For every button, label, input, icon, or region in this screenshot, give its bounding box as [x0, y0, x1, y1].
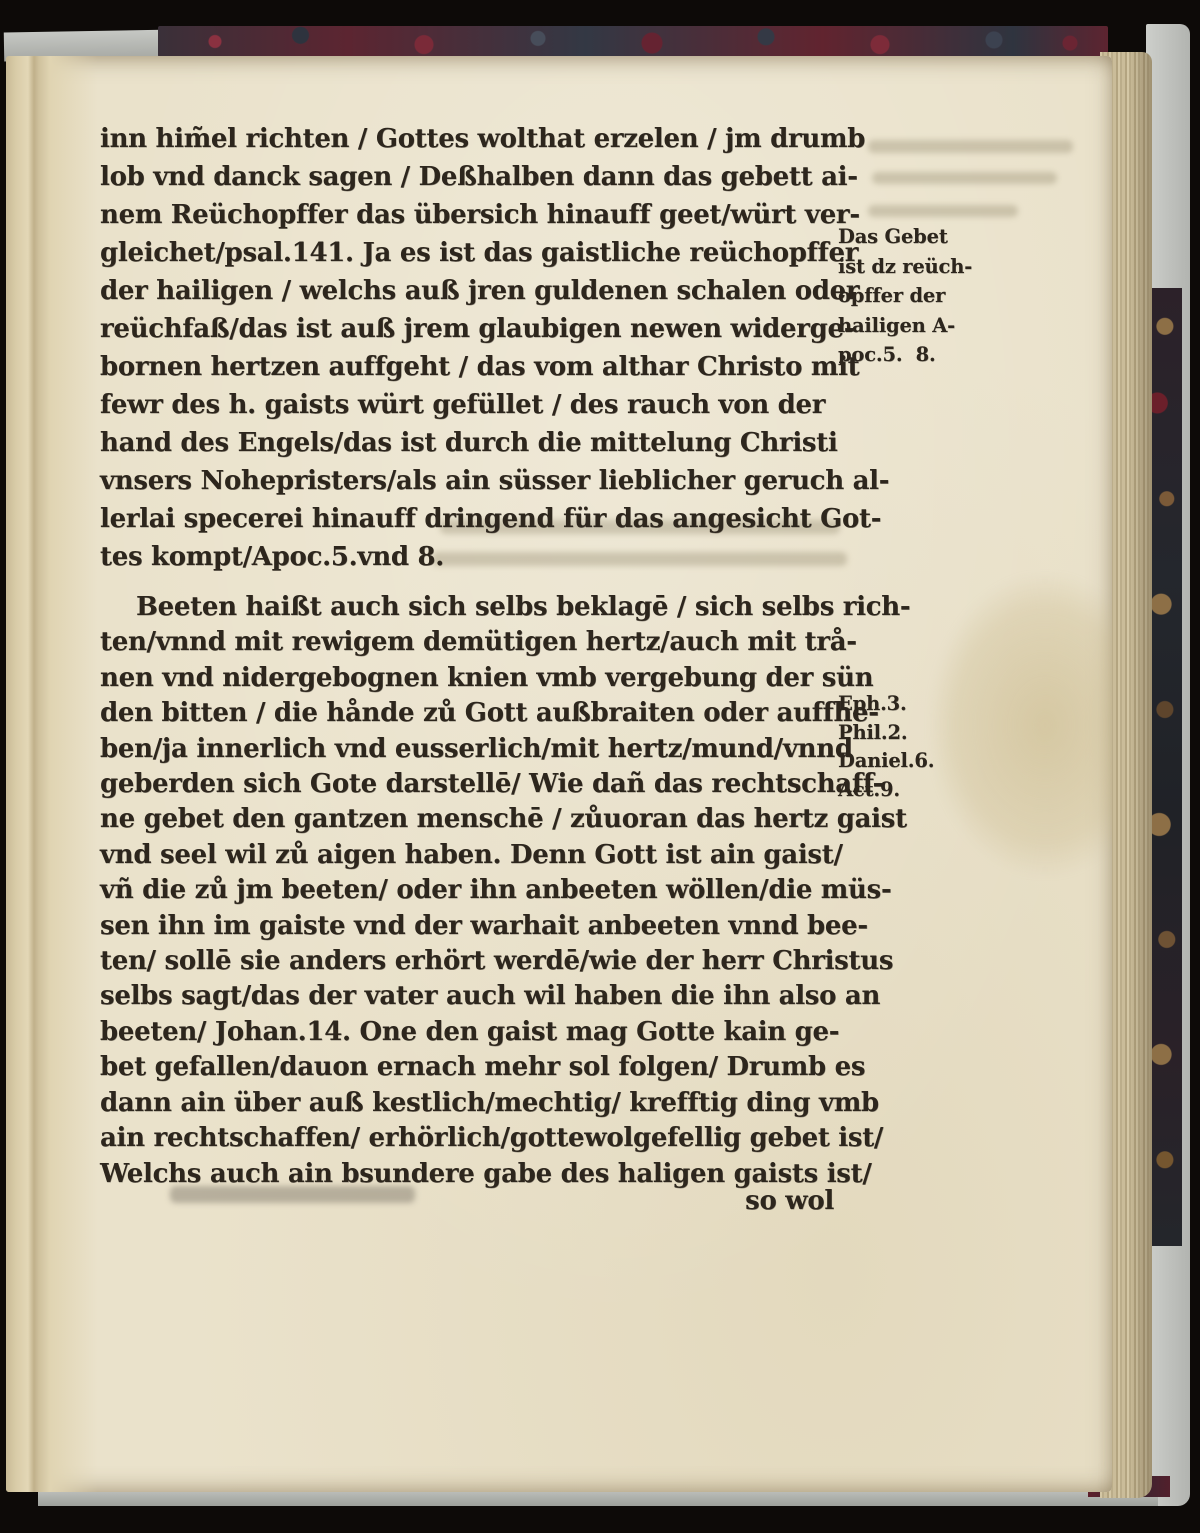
text-line: den bitten / die hånde zů Gott außbraite…: [100, 696, 848, 731]
margin-note-line: Daniel.6.: [838, 747, 1003, 776]
text-line: bet gefallen/dauon ernach mehr sol folge…: [100, 1050, 848, 1085]
text-line: hand des Engels/das ist durch die mittel…: [100, 424, 848, 462]
text-line: der hailigen / welchs auß jren guldenen …: [100, 272, 848, 310]
scanned-book-photo: inn him̃el richten / Gottes wolthat erze…: [0, 0, 1200, 1533]
text-line: selbs sagt/das der vater auch wil haben …: [100, 979, 848, 1014]
paragraph-2: Beeten haißt auch sich selbs beklagē / s…: [100, 590, 848, 1192]
text-line: geberden sich Gote darstellē/ Wie dañ da…: [100, 767, 848, 802]
margin-note-line: poc.5. 8.: [838, 340, 1003, 370]
text-line: bornen hertzen auffgeht / das vom althar…: [100, 348, 848, 386]
margin-note-line: Phil.2.: [838, 719, 1003, 748]
text-line: Welchs auch ain bsundere gabe des halige…: [100, 1157, 848, 1192]
text-block: inn him̃el richten / Gottes wolthat erze…: [100, 120, 848, 1192]
text-line: ne gebet den gantzen menschē / zůuoran d…: [100, 802, 848, 837]
text-line: fewr des h. gaists würt gefüllet / des r…: [100, 386, 848, 424]
show-through-text: [868, 140, 1073, 153]
show-through-text: [868, 205, 1018, 217]
text-line: ten/ sollē sie anders erhört werdē/wie d…: [100, 944, 848, 979]
text-line: nem Reüchopffer das übersich hinauff gee…: [100, 196, 848, 234]
text-line: ben/ja innerlich vnd eusserlich/mit hert…: [100, 732, 848, 767]
text-line: beeten/ Johan.14. One den gaist mag Gott…: [100, 1015, 848, 1050]
margin-note-references: Eph.3.Phil.2.Daniel.6.Act.9.: [838, 690, 1003, 804]
paragraph-1: inn him̃el richten / Gottes wolthat erze…: [100, 120, 848, 576]
show-through-text: [872, 172, 1057, 184]
margin-note-line: ist dz reüch-: [838, 252, 1003, 282]
text-line: dann ain über auß kestlich/mechtig/ kref…: [100, 1086, 848, 1121]
binding-gutter: [6, 56, 98, 1492]
margin-note-line: opffer der: [838, 281, 1003, 311]
text-line: vñ die zů jm beeten/ oder ihn anbeeten w…: [100, 873, 848, 908]
text-line: inn him̃el richten / Gottes wolthat erze…: [100, 120, 848, 158]
text-line: vnd seel wil zů aigen haben. Denn Gott i…: [100, 838, 848, 873]
marbled-endpaper-top: [158, 26, 1108, 57]
text-line: reüchfaß/das ist auß jrem glaubigen newe…: [100, 310, 848, 348]
margin-note-line: hailigen A-: [838, 311, 1003, 341]
text-line: lob vnd danck sagen / Deßhalben dann das…: [100, 158, 848, 196]
text-line: gleichet/psal.141. Ja es ist das gaistli…: [100, 234, 848, 272]
text-line: nen vnd nidergebognen knien vmb vergebun…: [100, 661, 848, 696]
text-line: sen ihn im gaiste vnd der warhait anbeet…: [100, 909, 848, 944]
text-line: vnsers Nohepristers/als ain süsser liebl…: [100, 462, 848, 500]
text-line: ain rechtschaffen/ erhörlich/gottewolgef…: [100, 1121, 848, 1156]
text-line: ten/vnnd mit rewigem demütigen hertz/auc…: [100, 625, 848, 660]
margin-note-apoc: Das Gebetist dz reüch-opffer derhailigen…: [838, 222, 1003, 370]
text-line: lerlai specerei hinauff dringend für das…: [100, 500, 848, 538]
margin-note-line: Eph.3.: [838, 690, 1003, 719]
book-page: inn him̃el richten / Gottes wolthat erze…: [6, 56, 1112, 1492]
margin-note-line: Das Gebet: [838, 222, 1003, 252]
text-line: Beeten haißt auch sich selbs beklagē / s…: [100, 590, 848, 625]
margin-note-line: Act.9.: [838, 776, 1003, 805]
catchword: so wol: [745, 1186, 834, 1216]
text-line: tes kompt/Apoc.5.vnd 8.: [100, 538, 848, 576]
